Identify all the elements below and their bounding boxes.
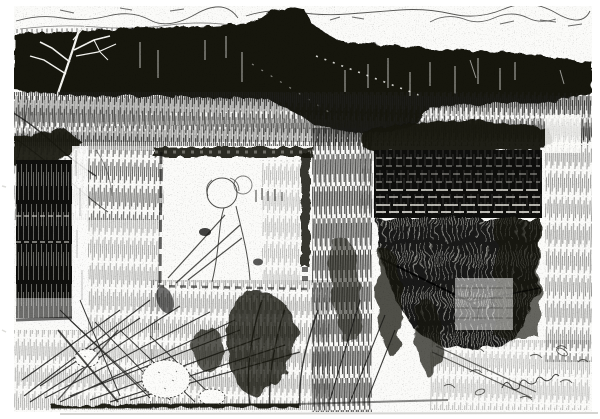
ink-drawing: Black-and-white pen-and-ink drawing of a…	[0, 0, 600, 419]
page-edge-line	[60, 413, 598, 414]
ink-grain-overlay	[14, 6, 592, 412]
artwork-page: Black-and-white pen-and-ink drawing of a…	[0, 0, 600, 419]
